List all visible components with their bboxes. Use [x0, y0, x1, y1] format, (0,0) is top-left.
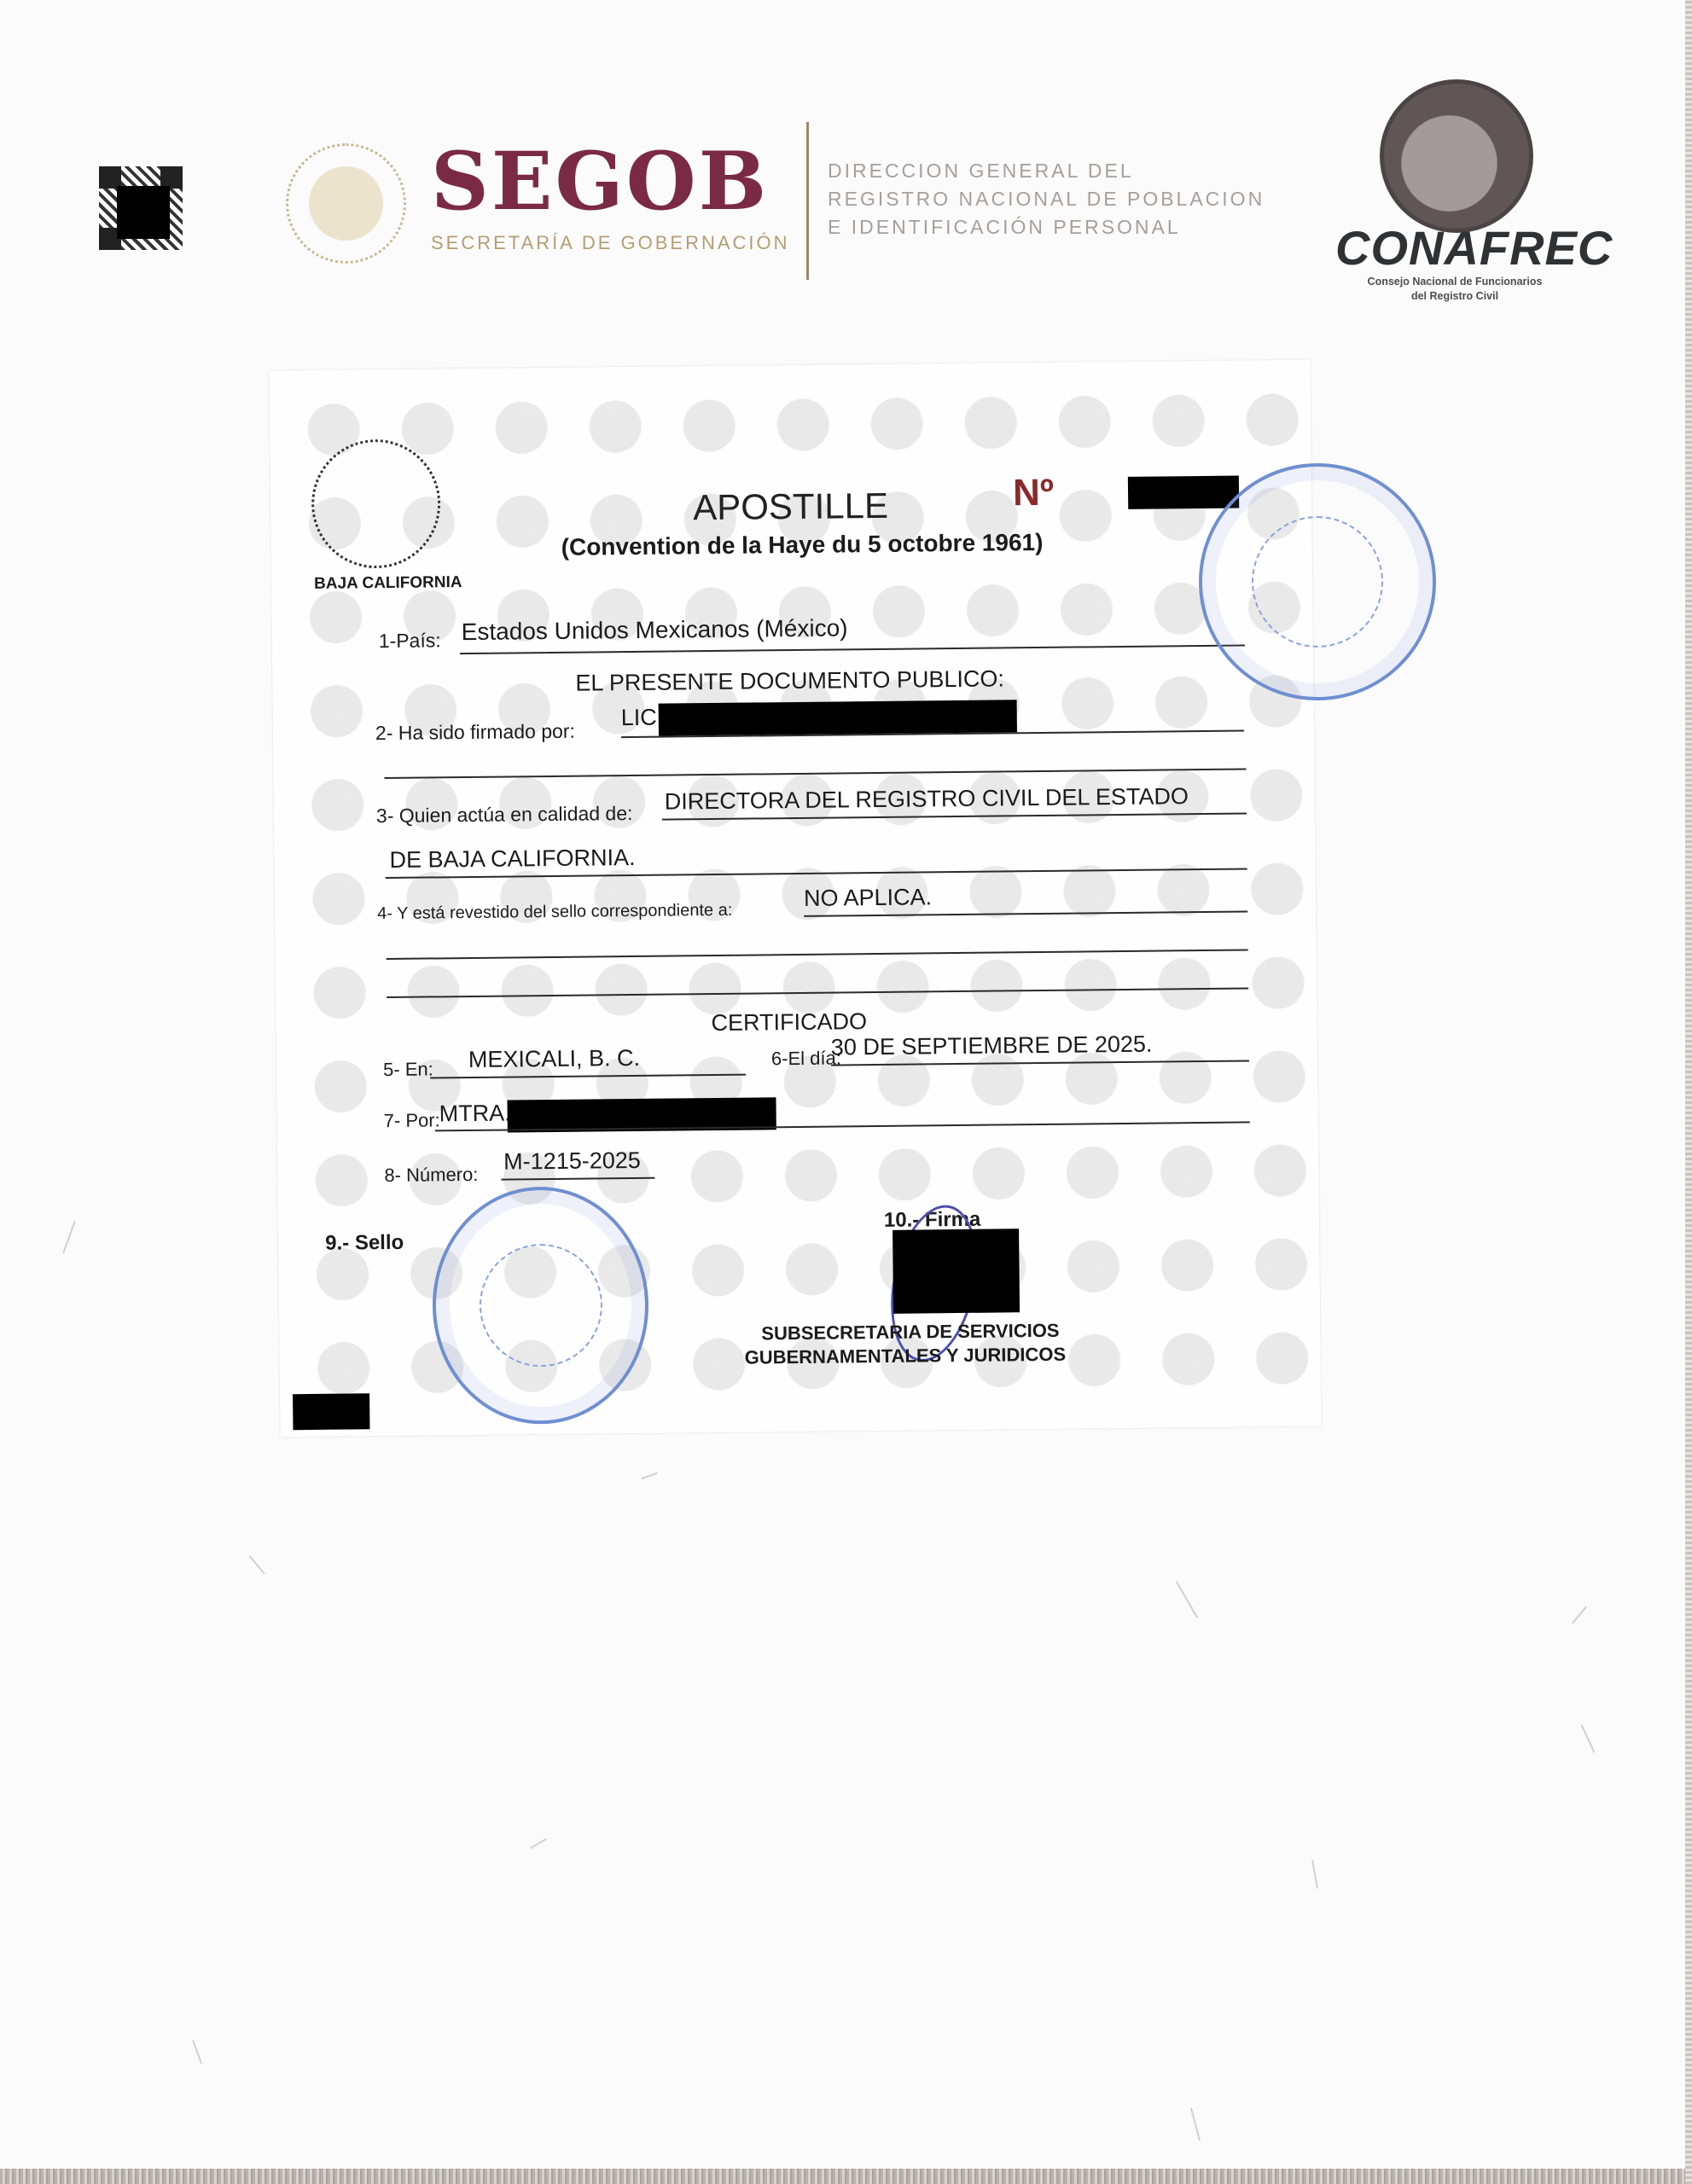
seal-eagle-emblem [479, 1243, 603, 1368]
por-label: 7- Por: [384, 1109, 440, 1132]
government-seal-stamp-overlap-icon [1199, 463, 1436, 700]
direccion-line-2: REGISTRO NACIONAL DE POBLACION [828, 185, 1265, 213]
pais-value: Estados Unidos Mexicanos (México) [462, 614, 848, 646]
scan-bottom-edge [0, 2169, 1692, 2184]
por-value: MTRA. [439, 1101, 510, 1128]
header-divider [806, 122, 809, 280]
en-value: MEXICALI, B. C. [468, 1045, 640, 1073]
seal-eagle-emblem [1252, 516, 1383, 648]
scan-right-edge [1685, 0, 1692, 2184]
numero-label: 8- Número: [384, 1164, 478, 1187]
conafrec-subtitle-line-1: Consejo Nacional de Funcionarios [1340, 275, 1570, 289]
scanned-page: SEGOB SECRETARÍA DE GOBERNACIÓN DIRECCIO… [0, 0, 1685, 2171]
baja-california-coat-of-arms-icon [311, 439, 441, 569]
direccion-general-block: DIRECCION GENERAL DEL REGISTRO NACIONAL … [828, 157, 1265, 241]
firmado-value: LIC. [621, 705, 664, 732]
convention-subtitle: (Convention de la Haye du 5 octobre 1961… [561, 529, 1044, 561]
dia-value: 30 DE SEPTIEMBRE DE 2025. [831, 1031, 1153, 1061]
field-underline [387, 949, 1248, 960]
pais-label: 1-País: [379, 629, 441, 653]
calidad-value-line-2: DE BAJA CALIFORNIA. [389, 845, 635, 874]
field-underline [804, 910, 1247, 916]
redaction-signer-name [659, 700, 1017, 735]
numero-value: M-1215-2025 [503, 1147, 641, 1176]
en-label: 5- En: [383, 1058, 433, 1081]
section-heading-documento: EL PRESENTE DOCUMENTO PUBLICO: [575, 665, 1004, 696]
redaction-qr [117, 186, 170, 239]
conafrec-subtitle: Consejo Nacional de Funcionarios del Reg… [1340, 275, 1570, 304]
segob-subtitle: SECRETARÍA DE GOBERNACIÓN [431, 232, 790, 254]
paper-fiber [62, 1221, 76, 1253]
redaction-corner-mark [293, 1393, 369, 1430]
sello-correspondiente-label: 4- Y está revestido del sello correspond… [377, 901, 732, 924]
apostille-number-label: Nº [1013, 472, 1054, 514]
field-underline [384, 768, 1246, 779]
field-underline [387, 987, 1248, 998]
calidad-value-line-1: DIRECTORA DEL REGISTRO CIVIL DEL ESTADO [665, 783, 1189, 815]
redaction-signature [893, 1228, 1020, 1314]
mexico-coat-of-arms-icon [286, 143, 406, 264]
sello-correspondiente-value: NO APLICA. [804, 884, 932, 912]
calidad-label: 3- Quien actúa en calidad de: [376, 802, 633, 828]
paper-fiber [641, 1472, 657, 1480]
paper-fiber [530, 1838, 547, 1850]
apostille-certificate: BAJA CALIFORNIA APOSTILLE Nº (Convention… [269, 360, 1321, 1438]
paper-fiber [248, 1555, 265, 1575]
paper-fiber [192, 2040, 202, 2065]
field-underline [501, 1177, 654, 1181]
issuer-line-2: GUBERNAMENTALES Y JURIDICOS [745, 1344, 1067, 1369]
state-label: BAJA CALIFORNIA [314, 573, 462, 594]
field-underline [430, 1074, 746, 1079]
conafrec-subtitle-line-2: del Registro Civil [1340, 289, 1570, 304]
segob-wordmark: SEGOB [431, 135, 769, 229]
conafrec-tree-logo-icon [1380, 79, 1533, 233]
apostille-title: APOSTILLE [693, 485, 888, 528]
paper-fiber [1311, 1860, 1318, 1889]
government-seal-stamp-icon [432, 1186, 650, 1426]
sello-label: 9.- Sello [325, 1231, 404, 1256]
paper-fiber [1580, 1724, 1595, 1752]
redaction-apostille-number [1128, 476, 1239, 509]
direccion-line-1: DIRECCION GENERAL DEL [828, 157, 1265, 185]
conafrec-wordmark: CONAFREC [1335, 220, 1613, 276]
firmado-label: 2- Ha sido firmado por: [375, 720, 575, 745]
certificado-heading: CERTIFICADO [711, 1008, 867, 1037]
issuer-line-1: SUBSECRETARIA DE SERVICIOS [761, 1320, 1059, 1345]
paper-fiber [1572, 1606, 1587, 1623]
direccion-line-3: E IDENTIFICACIÓN PERSONAL [828, 213, 1265, 241]
paper-fiber [1190, 2107, 1201, 2140]
field-underline [460, 644, 1245, 654]
paper-fiber [1176, 1581, 1199, 1618]
field-underline [831, 1060, 1249, 1066]
